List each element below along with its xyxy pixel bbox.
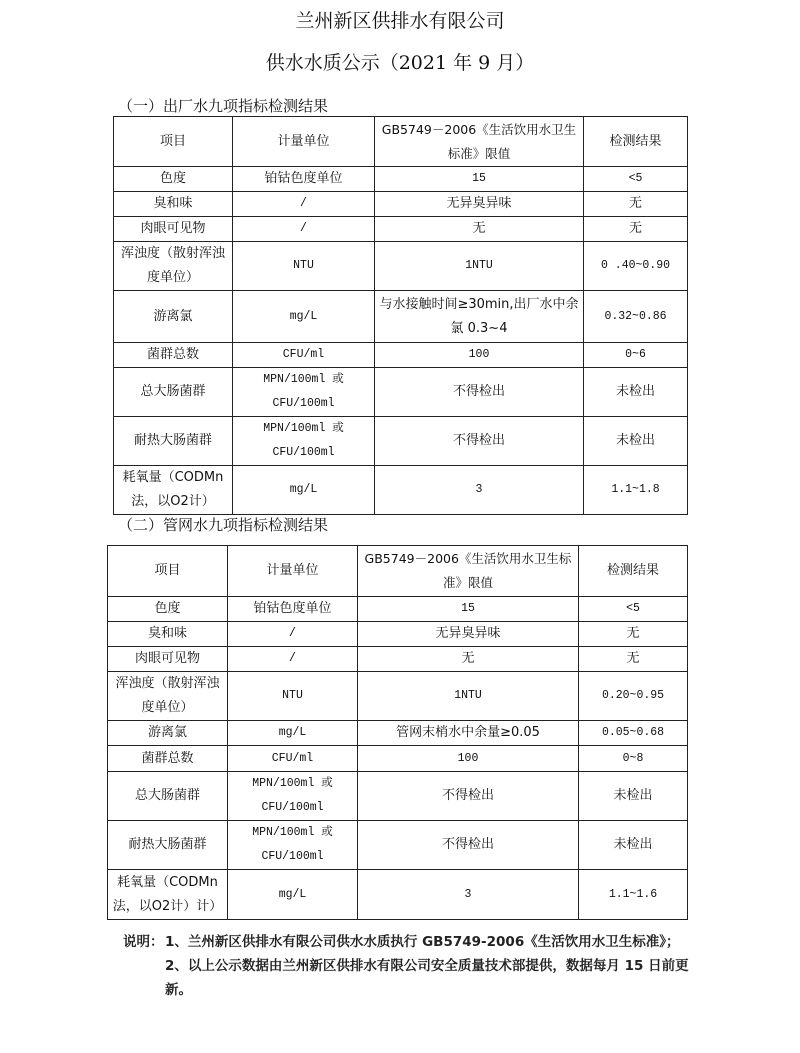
table-row: 总大肠菌群MPN/100ml 或 CFU/100ml不得检出未检出 [114, 368, 688, 417]
table-row: 肉眼可见物/无无 [114, 217, 688, 242]
cell-item: 肉眼可见物 [114, 217, 233, 242]
cell-unit: / [228, 647, 358, 672]
cell-unit: CFU/ml [233, 343, 375, 368]
cell-item: 浑浊度（散射浑浊度单位） [114, 242, 233, 291]
table-row: 浑浊度（散射浑浊度单位）NTU1NTU0.20~0.95 [108, 672, 688, 721]
column-header: GB5749－2006《生活饮用水卫生标准》限值 [358, 546, 579, 597]
cell-item: 臭和味 [108, 622, 228, 647]
column-header: 项目 [108, 546, 228, 597]
cell-result: 无 [584, 217, 688, 242]
cell-limit: 无 [358, 647, 579, 672]
table-row: 耐热大肠菌群MPN/100ml 或 CFU/100ml不得检出未检出 [114, 417, 688, 466]
network-water-table: 项目计量单位GB5749－2006《生活饮用水卫生标准》限值检测结果色度铂钴色度… [107, 545, 688, 920]
cell-limit: 不得检出 [375, 368, 584, 417]
cell-result: 未检出 [584, 368, 688, 417]
table-row: 耗氧量（CODMn法，以O2计）mg/L31.1~1.8 [114, 466, 688, 515]
table-row: 游离氯mg/L管网末梢水中余量≥0.050.05~0.68 [108, 721, 688, 746]
table-row: 总大肠菌群MPN/100ml 或 CFU/100ml不得检出未检出 [108, 772, 688, 821]
cell-result: 无 [579, 622, 688, 647]
cell-result: 未检出 [579, 772, 688, 821]
column-header: GB5749－2006《生活饮用水卫生标准》限值 [375, 117, 584, 167]
table-header-row: 项目计量单位GB5749－2006《生活饮用水卫生标准》限值检测结果 [114, 117, 688, 167]
column-header: 项目 [114, 117, 233, 167]
cell-result: 0~8 [579, 746, 688, 772]
cell-limit: 无异臭异味 [358, 622, 579, 647]
section-title-factory-water: （一）出厂水九项指标检测结果 [118, 95, 328, 116]
cell-unit: MPN/100ml 或 CFU/100ml [228, 772, 358, 821]
cell-limit: 不得检出 [358, 772, 579, 821]
table-row: 游离氯mg/L与水接触时间≥30min,出厂水中余氯 0.3~40.32~0.8… [114, 291, 688, 343]
cell-limit: 3 [358, 870, 579, 920]
cell-item: 耐热大肠菌群 [114, 417, 233, 466]
cell-unit: NTU [233, 242, 375, 291]
cell-unit: mg/L [228, 721, 358, 746]
cell-unit: mg/L [233, 291, 375, 343]
cell-limit: 100 [375, 343, 584, 368]
cell-item: 游离氯 [114, 291, 233, 343]
cell-unit: / [228, 622, 358, 647]
cell-result: 0 .40~0.90 [584, 242, 688, 291]
cell-unit: / [233, 192, 375, 217]
cell-item: 耐热大肠菌群 [108, 821, 228, 870]
cell-item: 总大肠菌群 [108, 772, 228, 821]
cell-result: 0.05~0.68 [579, 721, 688, 746]
cell-result: <5 [579, 597, 688, 622]
table-row: 肉眼可见物/无无 [108, 647, 688, 672]
table-row: 耗氧量（CODMn法，以O2计）计）mg/L31.1~1.6 [108, 870, 688, 920]
cell-limit: 15 [375, 167, 584, 192]
notes: 说明： 1、兰州新区供排水有限公司供水水质执行 GB5749-2006《生活饮用… [123, 930, 703, 1002]
cell-unit: 铂钴色度单位 [233, 167, 375, 192]
cell-result: 无 [584, 192, 688, 217]
column-header: 检测结果 [584, 117, 688, 167]
cell-limit: 1NTU [375, 242, 584, 291]
column-header: 检测结果 [579, 546, 688, 597]
cell-item: 臭和味 [114, 192, 233, 217]
section-title-network-water: （二）管网水九项指标检测结果 [118, 514, 328, 535]
table-row: 耐热大肠菌群MPN/100ml 或 CFU/100ml不得检出未检出 [108, 821, 688, 870]
cell-limit: 无 [375, 217, 584, 242]
cell-unit: MPN/100ml 或 CFU/100ml [233, 368, 375, 417]
cell-result: 1.1~1.8 [584, 466, 688, 515]
column-header: 计量单位 [233, 117, 375, 167]
cell-item: 菌群总数 [108, 746, 228, 772]
cell-item: 游离氯 [108, 721, 228, 746]
table-row: 色度铂钴色度单位15<5 [108, 597, 688, 622]
cell-unit: MPN/100ml 或 CFU/100ml [233, 417, 375, 466]
cell-unit: mg/L [228, 870, 358, 920]
cell-limit: 15 [358, 597, 579, 622]
cell-item: 总大肠菌群 [114, 368, 233, 417]
cell-unit: MPN/100ml 或 CFU/100ml [228, 821, 358, 870]
table-row: 臭和味/无异臭异味无 [108, 622, 688, 647]
cell-limit: 100 [358, 746, 579, 772]
cell-result: 0.20~0.95 [579, 672, 688, 721]
cell-result: 0.32~0.86 [584, 291, 688, 343]
page-title: 供水水质公示（2021 年 9 月） [0, 48, 800, 75]
cell-item: 色度 [114, 167, 233, 192]
cell-item: 浑浊度（散射浑浊度单位） [108, 672, 228, 721]
cell-limit: 无异臭异味 [375, 192, 584, 217]
cell-item: 色度 [108, 597, 228, 622]
cell-result: 未检出 [584, 417, 688, 466]
cell-unit: 铂钴色度单位 [228, 597, 358, 622]
table-row: 菌群总数CFU/ml1000~8 [108, 746, 688, 772]
cell-item: 耗氧量（CODMn法，以O2计）计） [108, 870, 228, 920]
cell-limit: 管网末梢水中余量≥0.05 [358, 721, 579, 746]
cell-result: 0~6 [584, 343, 688, 368]
table-row: 色度铂钴色度单位15<5 [114, 167, 688, 192]
factory-water-table: 项目计量单位GB5749－2006《生活饮用水卫生标准》限值检测结果色度铂钴色度… [113, 116, 688, 515]
table-row: 浑浊度（散射浑浊度单位）NTU1NTU0 .40~0.90 [114, 242, 688, 291]
cell-limit: 3 [375, 466, 584, 515]
cell-result: 1.1~1.6 [579, 870, 688, 920]
column-header: 计量单位 [228, 546, 358, 597]
cell-unit: / [233, 217, 375, 242]
cell-limit: 1NTU [358, 672, 579, 721]
table-header-row: 项目计量单位GB5749－2006《生活饮用水卫生标准》限值检测结果 [108, 546, 688, 597]
cell-item: 耗氧量（CODMn法，以O2计） [114, 466, 233, 515]
cell-item: 肉眼可见物 [108, 647, 228, 672]
note-item: 1、兰州新区供排水有限公司供水水质执行 GB5749-2006《生活饮用水卫生标… [165, 930, 703, 954]
cell-unit: NTU [228, 672, 358, 721]
notes-label: 说明： [123, 930, 165, 1002]
note-item: 2、以上公示数据由兰州新区供排水有限公司安全质量技术部提供，数据每月 15 日前… [165, 954, 703, 1002]
cell-result: <5 [584, 167, 688, 192]
cell-result: 无 [579, 647, 688, 672]
cell-result: 未检出 [579, 821, 688, 870]
cell-item: 菌群总数 [114, 343, 233, 368]
cell-unit: mg/L [233, 466, 375, 515]
table-row: 臭和味/无异臭异味无 [114, 192, 688, 217]
company-name: 兰州新区供排水有限公司 [0, 6, 800, 33]
cell-limit: 与水接触时间≥30min,出厂水中余氯 0.3~4 [375, 291, 584, 343]
cell-limit: 不得检出 [358, 821, 579, 870]
table-row: 菌群总数CFU/ml1000~6 [114, 343, 688, 368]
cell-limit: 不得检出 [375, 417, 584, 466]
cell-unit: CFU/ml [228, 746, 358, 772]
